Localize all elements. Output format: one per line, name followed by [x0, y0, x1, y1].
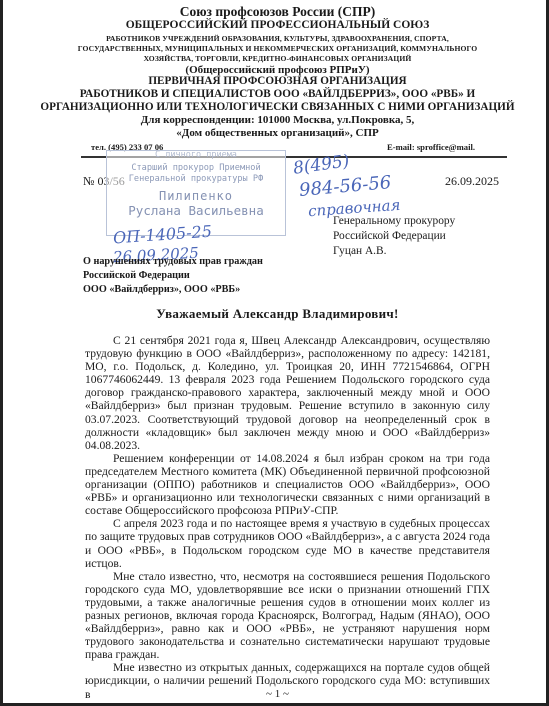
letterhead-org-title: ОБЩЕРОССИЙСКИЙ ПРОФЕССИОНАЛЬНЫЙ СОЮЗ: [3, 19, 549, 31]
addressee-line-2: Российской Федерации: [333, 229, 455, 244]
stamp-surname: Пилипенко: [107, 189, 285, 203]
letterhead-union-name: Союз профсоюзов России (СПР): [3, 4, 549, 20]
letterhead-primary-org-2: РАБОТНИКОВ И СПЕЦИАЛИСТОВ ООО «ВАЙЛДБЕРР…: [3, 88, 549, 100]
letterhead-org-desc-1: РАБОТНИКОВ УЧРЕЖДЕНИЙ ОБРАЗОВАНИЯ, КУЛЬТ…: [3, 34, 549, 43]
stamp-name: Руслана Васильевна: [107, 203, 285, 218]
stamp-line-1: С личного приема: [107, 150, 285, 160]
letterhead-primary-org-3: ОРГАНИЗАЦИОННО ИЛИ ТЕХНОЛОГИЧЕСКИ СВЯЗАН…: [3, 101, 549, 113]
page-number: ~ 1 ~: [3, 688, 549, 700]
letterhead-address-2: «Дом общественных организаций», СПР: [3, 127, 549, 139]
subject-line-2: Российской Федерации: [83, 269, 263, 283]
letterhead-email: E-mail: sproffice@mail.: [387, 142, 475, 152]
letterhead-address-1: Для корреспонденции: 101000 Москва, ул.П…: [3, 114, 549, 126]
body-paragraph: Решением конференции от 14.08.2024 я был…: [85, 452, 490, 517]
body-paragraph: С апреля 2023 года и по настоящее время …: [85, 517, 490, 569]
stamp-line-2: Старший прокурор Приемной: [107, 163, 285, 173]
letter-body: С 21 сентября 2021 года я, Швец Александ…: [85, 334, 490, 701]
addressee-line-3: Гуцан А.В.: [333, 244, 455, 259]
addressee-line-1: Генеральному прокурору: [333, 214, 455, 229]
document-page: Союз профсоюзов России (СПР) ОБЩЕРОССИЙС…: [0, 0, 549, 706]
letterhead-org-desc-2: ГОСУДАРСТВЕННЫХ, МУНИЦИПАЛЬНЫХ И НЕКОММЕ…: [3, 44, 549, 53]
subject-line-1: О нарушениях трудовых прав граждан: [83, 255, 263, 269]
letterhead-primary-org-1: ПЕРВИЧНАЯ ПРОФСОЮЗНАЯ ОРГАНИЗАЦИЯ: [3, 75, 549, 87]
greeting: Уважаемый Александр Владимирович!: [3, 306, 549, 322]
letter-date: 26.09.2025: [445, 174, 499, 189]
stamp-line-3: Генеральной прокуратуры РФ: [107, 174, 285, 184]
body-paragraph: Мне стало известно, что, несмотря на сос…: [85, 570, 490, 662]
letterhead-org-desc-3: ХОЗЯЙСТВА, ТОРГОВЛИ, КРЕДИТНО-ФИНАНСОВЫХ…: [3, 54, 549, 63]
addressee-block: Генеральному прокурору Российской Федера…: [333, 214, 455, 259]
body-paragraph: С 21 сентября 2021 года я, Швец Александ…: [85, 334, 490, 452]
subject-block: О нарушениях трудовых прав граждан Росси…: [83, 255, 263, 297]
subject-line-3: ООО «Вайлдберриз», ООО «РВБ»: [83, 283, 263, 297]
